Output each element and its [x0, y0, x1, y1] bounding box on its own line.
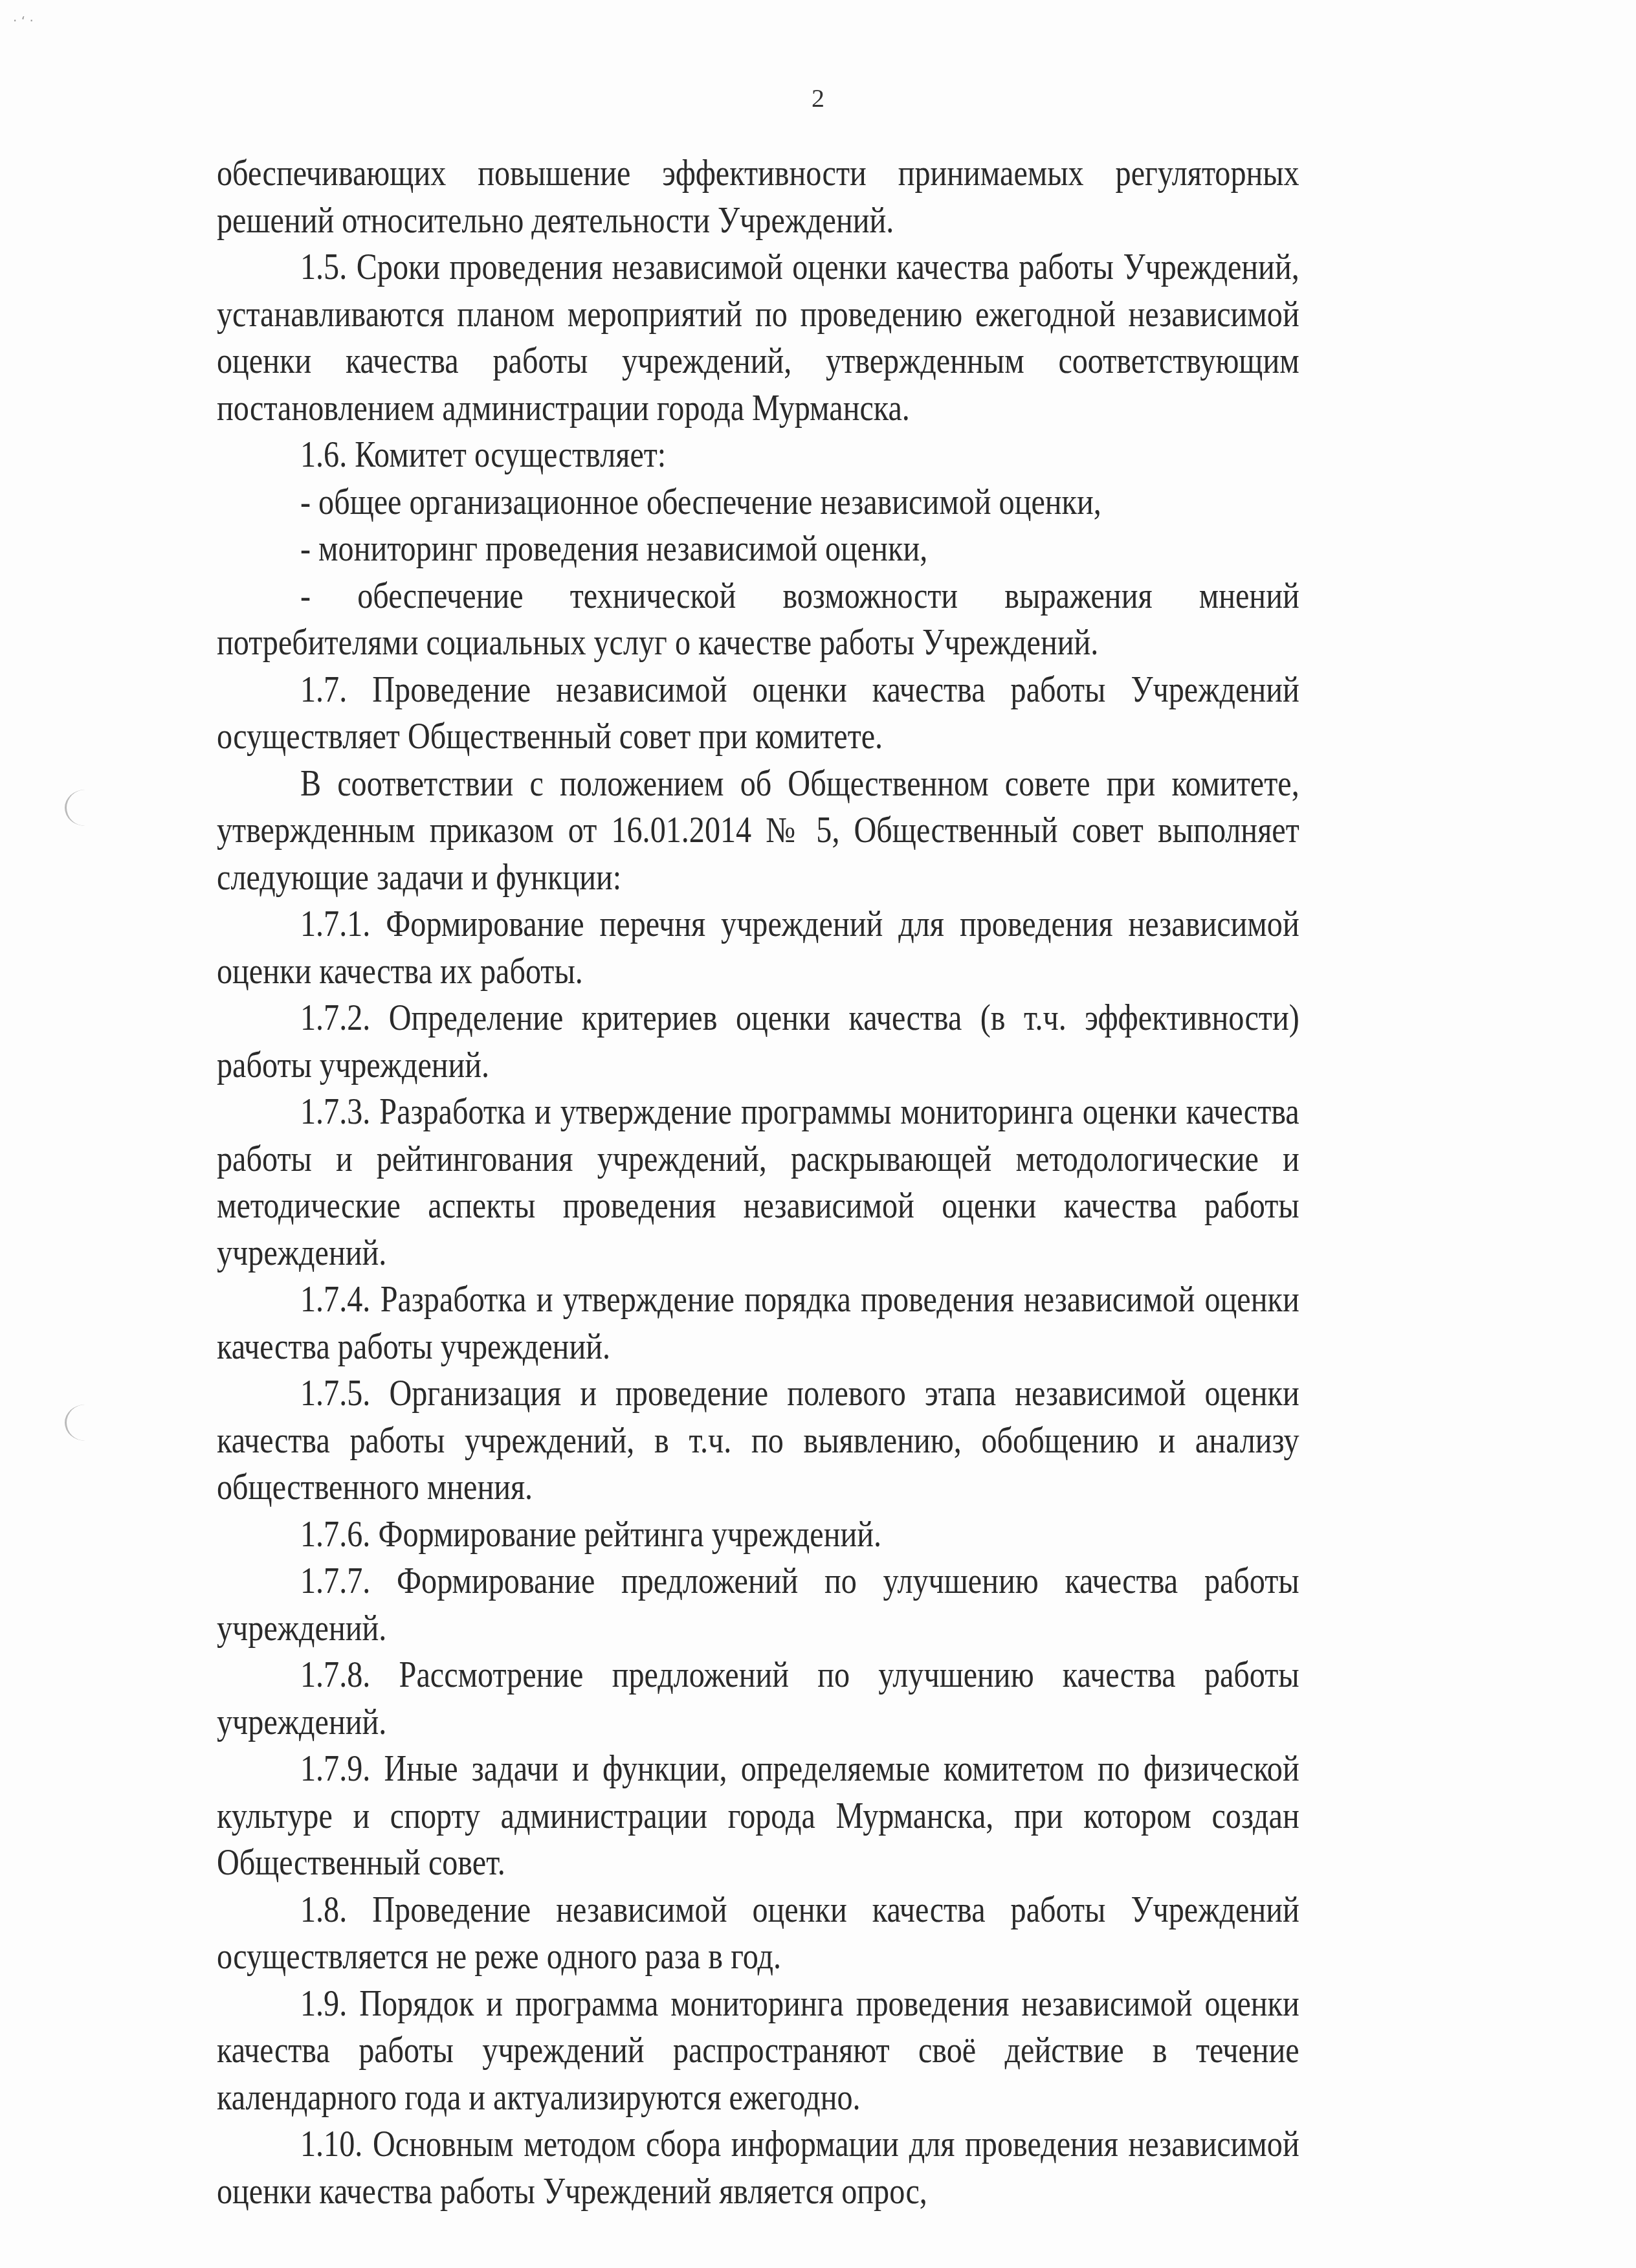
paragraph-council-regulation: В соответствии с положением об Обществен… — [217, 761, 1299, 902]
paragraph-1-7-3: 1.7.3. Разработка и утверждение программ… — [217, 1089, 1299, 1276]
list-item-technical-support: - обеспечение технической возможности вы… — [217, 573, 1299, 667]
paragraph-1-7-2: 1.7.2. Определение критериев оценки каче… — [217, 995, 1299, 1089]
paragraph-1-6: 1.6. Комитет осуществляет: — [217, 432, 1299, 479]
paragraph-1-10: 1.10. Основным методом сбора информации … — [217, 2121, 1299, 2215]
paragraph-1-9: 1.9. Порядок и программа мониторинга про… — [217, 1981, 1299, 2122]
document-page: · ‘ · 2 обеспечивающих повышение эффекти… — [0, 0, 1636, 2268]
punch-hole-mark — [65, 790, 105, 826]
paragraph-1-5: 1.5. Сроки проведения независимой оценки… — [217, 244, 1299, 432]
paragraph-1-7-6: 1.7.6. Формирование рейтинга учреждений. — [217, 1511, 1299, 1559]
punch-hole-mark — [65, 1405, 105, 1441]
scan-artifact: · ‘ · — [13, 13, 34, 28]
paragraph-1-8: 1.8. Проведение независимой оценки качес… — [217, 1887, 1299, 1981]
paragraph-1-7-4: 1.7.4. Разработка и утверждение порядка … — [217, 1276, 1299, 1370]
page-number: 2 — [0, 83, 1636, 113]
document-body: обеспечивающих повышение эффективности п… — [217, 150, 1299, 2215]
paragraph-1-7-9: 1.7.9. Иные задачи и функции, определяем… — [217, 1746, 1299, 1887]
paragraph-1-7-1: 1.7.1. Формирование перечня учреждений д… — [217, 901, 1299, 995]
list-item-monitoring: - мониторинг проведения независимой оцен… — [217, 526, 1299, 573]
paragraph-1-7-8: 1.7.8. Рассмотрение предложений по улучш… — [217, 1652, 1299, 1746]
paragraph-1-7-5: 1.7.5. Организация и проведение полевого… — [217, 1370, 1299, 1511]
paragraph-continuation: обеспечивающих повышение эффективности п… — [217, 150, 1299, 244]
paragraph-1-7-7: 1.7.7. Формирование предложений по улучш… — [217, 1558, 1299, 1652]
list-item-general-support: - общее организационное обеспечение неза… — [217, 479, 1299, 526]
paragraph-1-7: 1.7. Проведение независимой оценки качес… — [217, 667, 1299, 761]
